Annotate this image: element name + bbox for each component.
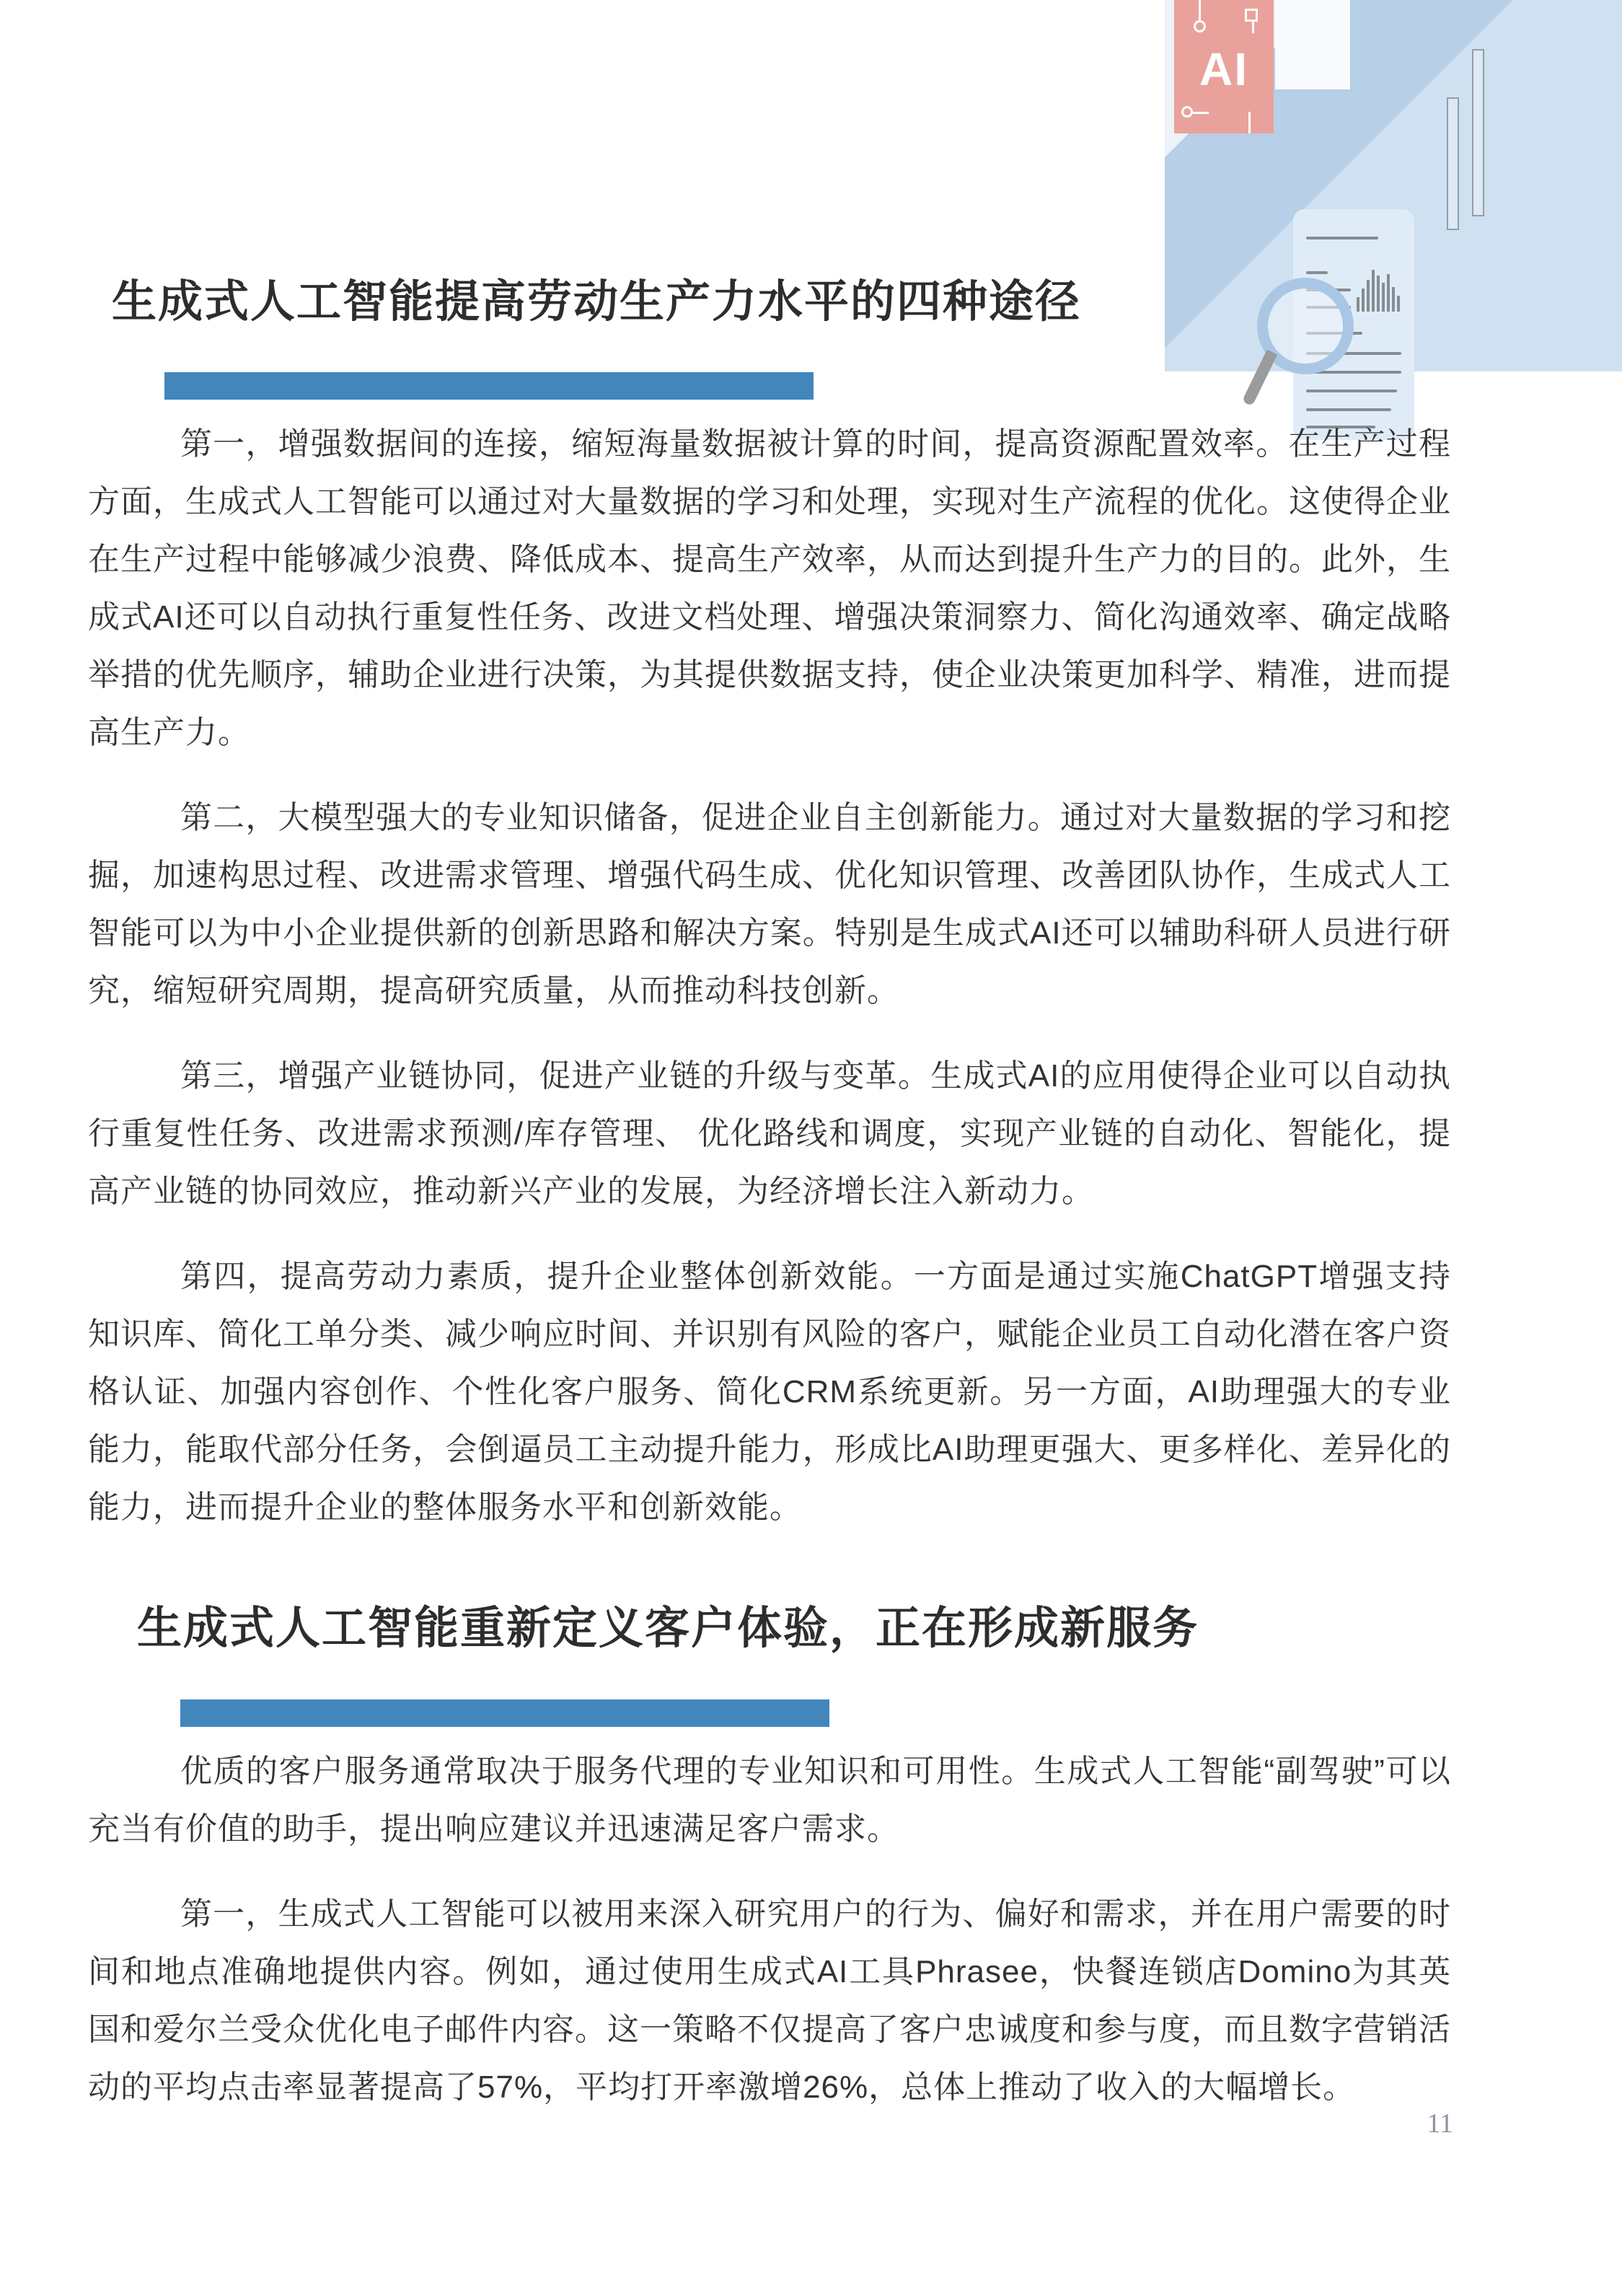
paragraph-6: 第一，生成式人工智能可以被用来深入研究用户的行为、偏好和需求，并在用户需要的时间…	[88, 1886, 1451, 2116]
circuit-trace	[1193, 112, 1209, 114]
document-body: 生成式人工智能提高劳动生产力水平的四种途径 第一，增强数据间的连接，缩短海量数据…	[0, 276, 1622, 2116]
paragraph-5: 优质的客户服务通常取决于服务代理的专业知识和可用性。生成式人工智能“副驾驶”可以…	[88, 1743, 1451, 1858]
ai-label: AI	[1199, 43, 1248, 96]
section-heading-1: 生成式人工智能提高劳动生产力水平的四种途径	[112, 276, 1451, 327]
doc-line	[1306, 271, 1328, 274]
paragraph-1: 第一，增强数据间的连接，缩短海量数据被计算的时间，提高资源配置效率。在生产过程方…	[88, 415, 1451, 762]
circuit-trace	[1252, 22, 1254, 33]
circuit-node	[1245, 9, 1258, 22]
decoration-square	[1275, 0, 1350, 89]
paragraph-4: 第四，提高劳动力素质，提升企业整体创新效能。一方面是通过实施ChatGPT增强支…	[88, 1248, 1451, 1536]
doc-line	[1306, 237, 1378, 239]
outline-bar-icon	[1472, 49, 1484, 216]
paragraph-3: 第三，增强产业链协同，促进产业链的升级与变革。生成式AI的应用使得企业可以自动执…	[88, 1047, 1451, 1220]
heading-underline-1	[164, 372, 814, 400]
ai-chip-icon: AI	[1174, 0, 1274, 133]
circuit-trace	[1199, 0, 1201, 20]
heading-underline-2	[180, 1699, 829, 1727]
circuit-trace	[1248, 112, 1251, 133]
circuit-node	[1181, 106, 1193, 118]
page-number: 11	[1427, 2108, 1453, 2139]
report-page: AI 生成式人工智能提高劳动生产力水平的四种途径 第一，增强数据间的连接，缩短海…	[0, 0, 1622, 2296]
paragraph-2: 第二，大模型强大的专业知识储备，促进企业自主创新能力。通过对大量数据的学习和挖掘…	[88, 789, 1451, 1020]
circuit-node	[1194, 20, 1206, 32]
section-heading-2: 生成式人工智能重新定义客户体验，正在形成新服务	[137, 1603, 1451, 1654]
outline-bar-icon	[1447, 97, 1459, 230]
